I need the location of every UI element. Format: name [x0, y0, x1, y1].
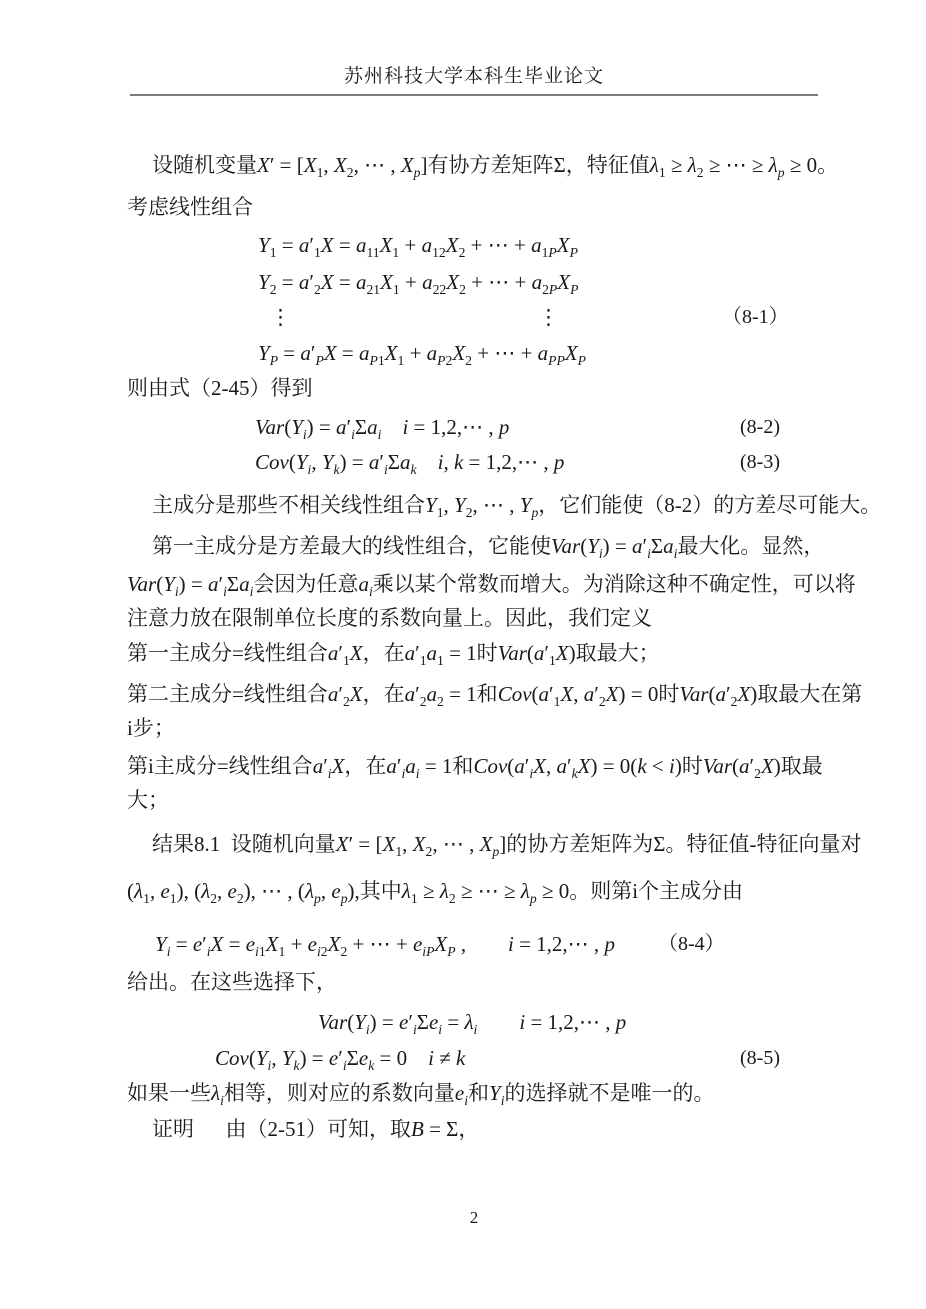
- equation-label: (8-5): [740, 1044, 780, 1072]
- document-page: 苏州科技大学本科生毕业论文 设随机变量X′ = [X1, X2, ⋯ , Xp]…: [0, 0, 926, 1309]
- paragraph-line: 考虑线性组合: [127, 193, 253, 221]
- equation-line: Y1 = a′1X = a11X1 + a12X2 + ⋯ + a1PXP: [258, 231, 578, 259]
- paragraph-line: 则由式（2-45）得到: [127, 374, 313, 402]
- header-rule: [130, 94, 818, 96]
- paragraph-line: 第i主成分=线性组合a′iX，在a′iai = 1和Cov(a′iX, a′kX…: [127, 752, 823, 780]
- equation-line: Var(Yi) = e′iΣei = λi i = 1,2,⋯ , p: [318, 1008, 626, 1036]
- equation-label: （8-1）: [722, 303, 789, 331]
- paragraph-line: (λ1, e1), (λ2, e2), ⋯ , (λp, ep),其中λ1 ≥ …: [127, 877, 743, 905]
- paragraph-line: 结果8.1 设随机向量X′ = [X1, X2, ⋯ , Xp]的协方差矩阵为Σ…: [152, 830, 861, 858]
- equation-line: Cov(Yi, Yk) = a′iΣak i, k = 1,2,⋯ , p: [255, 448, 564, 476]
- paragraph-line: 主成分是那些不相关线性组合Y1, Y2, ⋯ , Yp，它们能使（8-2）的方差…: [152, 491, 881, 519]
- vertical-dots: ⋮: [270, 303, 291, 331]
- page-header-title: 苏州科技大学本科生毕业论文: [130, 61, 818, 88]
- paragraph-line: Var(Yi) = a′iΣai会因为任意ai乘以某个常数而增大。为消除这种不确…: [127, 570, 856, 598]
- paragraph-line: 证明 由（2-51）可知，取B = Σ，: [152, 1115, 479, 1143]
- equation-condition: i = 1,2,⋯ , p: [508, 930, 615, 958]
- paragraph-line: 如果一些λi相等，则对应的系数向量ei和Yi的选择就不是唯一的。: [127, 1079, 715, 1107]
- page-number: 2: [130, 1208, 818, 1228]
- paragraph-line: 第一主成分是方差最大的线性组合，它能使Var(Yi) = a′iΣai最大化。显…: [152, 532, 824, 560]
- equation-line: Var(Yi) = a′iΣai i = 1,2,⋯ , p: [255, 413, 509, 441]
- paragraph-line: 第二主成分=线性组合a′2X，在a′2a2 = 1和Cov(a′1X, a′2X…: [127, 680, 862, 708]
- equation-label: (8-3): [740, 448, 780, 476]
- equation-line: YP = a′PX = aP1X1 + aP2X2 + ⋯ + aPPXP: [258, 339, 586, 367]
- equation-line: Cov(Yi, Yk) = e′iΣek = 0 i ≠ k: [215, 1044, 465, 1072]
- equation-label: (8-2): [740, 413, 780, 441]
- equation-line: Y2 = a′2X = a21X1 + a22X2 + ⋯ + a2PXP: [258, 268, 578, 296]
- paragraph-line: i步；: [127, 714, 175, 742]
- paragraph-line: 设随机变量X′ = [X1, X2, ⋯ , Xp]有协方差矩阵Σ，特征值λ1 …: [152, 151, 838, 179]
- equation-label: （8-4）: [658, 930, 725, 958]
- equation-line: Yi = e′iX = ei1X1 + ei2X2 + ⋯ + eiPXP ,: [155, 930, 466, 958]
- vertical-dots: ⋮: [538, 303, 559, 331]
- paragraph-line: 大；: [127, 786, 169, 814]
- paragraph-line: 注意力放在限制单位长度的系数向量上。因此，我们定义: [127, 604, 652, 632]
- paragraph-line: 第一主成分=线性组合a′1X，在a′1a1 = 1时Var(a′1X)取最大；: [127, 639, 660, 667]
- paragraph-line: 给出。在这些选择下，: [127, 968, 337, 996]
